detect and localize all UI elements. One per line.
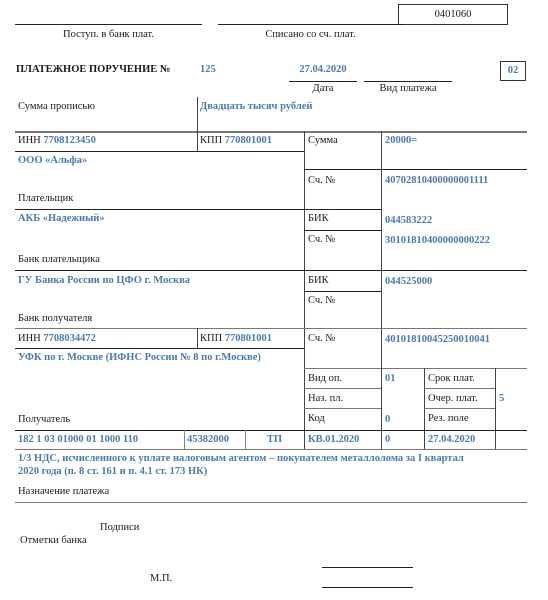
signature-line-1[interactable] [322, 567, 413, 568]
divider [381, 131, 382, 369]
divider [304, 209, 381, 210]
code[interactable]: 0 [385, 414, 390, 425]
due-label: Срок плат. [428, 373, 475, 384]
divider [15, 430, 527, 431]
payer-bank-bik-label: БИК [308, 213, 329, 224]
sum-value[interactable]: 20000= [385, 135, 417, 146]
divider [304, 131, 305, 449]
signatures-label: Подписи [100, 522, 139, 533]
divider [304, 388, 381, 389]
payer-bank-account-label: Сч. № [308, 234, 335, 245]
payee-bank-bik-label: БИК [308, 275, 329, 286]
payee-kpp-field[interactable]: КПП 770801001 [200, 333, 272, 344]
payer-label: Плательщик [18, 193, 73, 204]
payee-kpp-label: КПП [200, 333, 222, 344]
divider [184, 430, 185, 449]
payer-inn-field[interactable]: ИНН 7708123450 [18, 135, 96, 146]
divider [15, 502, 527, 503]
op-type-label: Вид оп. [308, 373, 342, 384]
payment-type-line [364, 81, 452, 82]
bank-marks-label: Отметки банка [20, 535, 87, 546]
payer-name[interactable]: ООО «Альфа» [18, 155, 87, 166]
reserve-label: Рез. поле [428, 413, 469, 424]
tax-basis[interactable]: ТП [245, 434, 304, 445]
divider [304, 408, 381, 409]
purpose-text-line1[interactable]: 1/3 НДС, исчисленного к уплате налоговым… [18, 453, 464, 464]
op-type[interactable]: 01 [385, 373, 396, 384]
divider [15, 348, 304, 349]
divider [15, 131, 527, 133]
payer-bank-bik[interactable]: 044583222 [385, 215, 432, 226]
amount-words-value[interactable]: Двадцать тысяч рублей [200, 101, 312, 112]
divider [197, 97, 198, 131]
divider [304, 230, 381, 231]
divider [495, 368, 496, 449]
payee-kpp: 770801001 [225, 333, 272, 344]
payer-bank-label: Банк плательщика [18, 254, 100, 265]
date-label: Дата [289, 83, 357, 94]
divider [197, 328, 198, 348]
divider [304, 169, 527, 170]
payee-account[interactable]: 40101810045250010041 [385, 334, 490, 345]
stamp-label: М.П. [150, 573, 172, 584]
kbk[interactable]: 182 1 03 01000 01 1000 110 [18, 434, 138, 445]
divider [304, 368, 527, 369]
divider [424, 408, 495, 409]
document-title: ПЛАТЕЖНОЕ ПОРУЧЕНИЕ № [16, 64, 170, 75]
document-number[interactable]: 125 [200, 64, 216, 75]
payer-kpp: 770801001 [225, 135, 272, 146]
debited-label: Списано со сч. плат. [218, 29, 403, 40]
payer-bank-account[interactable]: 30101810400000000222 [385, 235, 490, 246]
payer-account-label: Сч. № [308, 175, 335, 186]
divider [15, 151, 304, 152]
form-code: 0401060 [435, 9, 472, 20]
payee-bank-name[interactable]: ГУ Банка России по ЦФО г. Москва [18, 275, 190, 286]
form-code-box: 0401060 [398, 4, 508, 25]
priority-label: Очер. плат. [428, 393, 478, 404]
payee-bank-account-label: Сч. № [308, 295, 335, 306]
payee-account-label: Сч. № [308, 333, 335, 344]
divider [424, 388, 495, 389]
tax-period[interactable]: КВ.01.2020 [308, 434, 359, 445]
divider [381, 368, 382, 449]
debited-line [218, 24, 403, 25]
purpose-code-label: Наз. пл. [308, 393, 343, 404]
payee-inn-label: ИНН [18, 333, 41, 344]
tax-doc-number[interactable]: 0 [385, 434, 390, 445]
divider [15, 328, 527, 329]
amount-words-label: Сумма прописью [18, 101, 95, 112]
divider [304, 291, 381, 292]
divider [15, 270, 527, 271]
signature-line-2[interactable] [322, 587, 413, 588]
tax-doc-date[interactable]: 27.04.2020 [428, 434, 475, 445]
received-label: Поступ. в банк плат. [15, 29, 202, 40]
purpose-label: Назначение платежа [18, 486, 109, 497]
payer-bank-name[interactable]: АКБ «Надежный» [18, 213, 105, 224]
purpose-text-line2[interactable]: 2020 года (п. 8 ст. 161 и п. 4.1 ст. 173… [18, 466, 207, 477]
status-code: 02 [508, 65, 519, 76]
payee-label: Получатель [18, 414, 70, 425]
payee-inn: 7708034472 [43, 333, 96, 344]
payee-inn-field[interactable]: ИНН 7708034472 [18, 333, 96, 344]
payee-bank-bik[interactable]: 044525000 [385, 276, 432, 287]
payer-account[interactable]: 40702810400000001111 [385, 175, 488, 186]
payer-kpp-field[interactable]: КПП 770801001 [200, 135, 272, 146]
divider [197, 131, 198, 151]
divider [15, 209, 304, 210]
divider [15, 449, 527, 450]
sum-label: Сумма [308, 135, 338, 146]
payer-kpp-label: КПП [200, 135, 222, 146]
received-line [15, 24, 202, 25]
document-date[interactable]: 27.04.2020 [289, 64, 357, 75]
payer-inn: 7708123450 [43, 135, 96, 146]
status-code-box[interactable]: 02 [500, 61, 526, 81]
payer-inn-label: ИНН [18, 135, 41, 146]
payee-bank-label: Банк получателя [18, 313, 92, 324]
code-label: Код [308, 413, 325, 424]
oktmo[interactable]: 45382000 [187, 434, 229, 445]
priority[interactable]: 5 [499, 393, 504, 404]
payment-type-label: Вид платежа [364, 83, 452, 94]
payee-name[interactable]: УФК по г. Москве (ИФНС России № 8 по г.М… [18, 352, 261, 363]
date-line [289, 81, 357, 82]
